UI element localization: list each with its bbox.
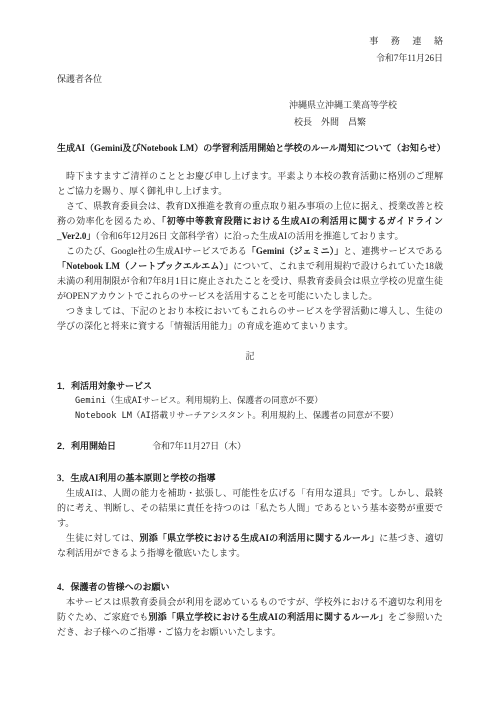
recipient: 保護者各位 <box>57 72 443 87</box>
paragraph-greeting: 時下ますますご清祥のこととお慶び申し上げます。平素より本校の教育活動に格別のご理… <box>57 169 443 199</box>
section3-heading: 3．生成AI利用の基本原則と学校の指導 <box>57 471 443 486</box>
paragraph-intent: つきましては、下記のとおり本校においてもこれらのサービスを学習活動に導入し、生徒… <box>57 304 443 334</box>
doc-type-label: 事務連絡 <box>57 33 456 50</box>
document-header: 事務連絡 令和7年11月26日 <box>57 33 443 67</box>
paragraph-background: さて、県教育委員会は、教育DX推進を教育の重点取り組み事項の上位に据え、授業改善… <box>57 199 443 244</box>
principles-paragraph-1: 生成AIは、人間の能力を補助・拡張し、可能性を広げる「有用な道具」です。しかし、… <box>57 486 443 531</box>
notice-record-marker: 記 <box>57 349 443 364</box>
section-parent-request: 4．保護者の皆様へのお願い 本サービスは県教育委員会が利用を認めているものですが… <box>57 580 443 640</box>
sender-school: 沖縄県立沖縄工業高等学校 <box>289 97 443 114</box>
principles-paragraph-2: 生徒に対しては、別添「県立学校における生成AIの利活用に関するルール」に基づき、… <box>57 531 443 561</box>
sender-principal: 校長 外間 昌繁 <box>289 114 443 131</box>
section-principles: 3．生成AI利用の基本原則と学校の指導 生成AIは、人間の能力を補助・拡張し、可… <box>57 471 443 561</box>
start-date-value: 令和7年11月27日（木） <box>152 439 246 454</box>
paragraph-services: このたび、Google社の生成AIサービスである「Gemini（ジェミニ）」と、… <box>57 244 443 304</box>
service-item-notebooklm: Notebook LM（AI搭載リサーチアシスタント。利用規約上、保護者の同意が… <box>75 409 443 424</box>
document-body: 時下ますますご清祥のこととお慶び申し上げます。平素より本校の教育活動に格別のご理… <box>57 169 443 334</box>
section-start-date: 2．利用開始日 令和7年11月27日（木） <box>57 439 443 454</box>
document-page: 事務連絡 令和7年11月26日 保護者各位 沖縄県立沖縄工業高等学校 校長 外間… <box>0 0 500 707</box>
section-target-services: 1．利活用対象サービス Gemini（生成AIサービス。利用規約上、保護者の同意… <box>57 379 443 424</box>
parent-request-paragraph: 本サービスは県教育委員会が利用を認めているものですが、学校外における不適切な利用… <box>57 595 443 640</box>
doc-date: 令和7年11月26日 <box>57 50 443 67</box>
document-title: 生成AI（Gemini及びNotebook LM）の学習利活用開始と学校のルール… <box>57 141 443 156</box>
section1-heading: 1．利活用対象サービス <box>57 379 443 394</box>
sender-block: 沖縄県立沖縄工業高等学校 校長 外間 昌繁 <box>289 97 443 131</box>
section1-items: Gemini（生成AIサービス。利用規約上、保護者の同意が不要） Noteboo… <box>57 394 443 424</box>
service-item-gemini: Gemini（生成AIサービス。利用規約上、保護者の同意が不要） <box>75 394 443 409</box>
section2-heading: 2．利用開始日 <box>57 439 116 454</box>
section4-heading: 4．保護者の皆様へのお願い <box>57 580 443 595</box>
